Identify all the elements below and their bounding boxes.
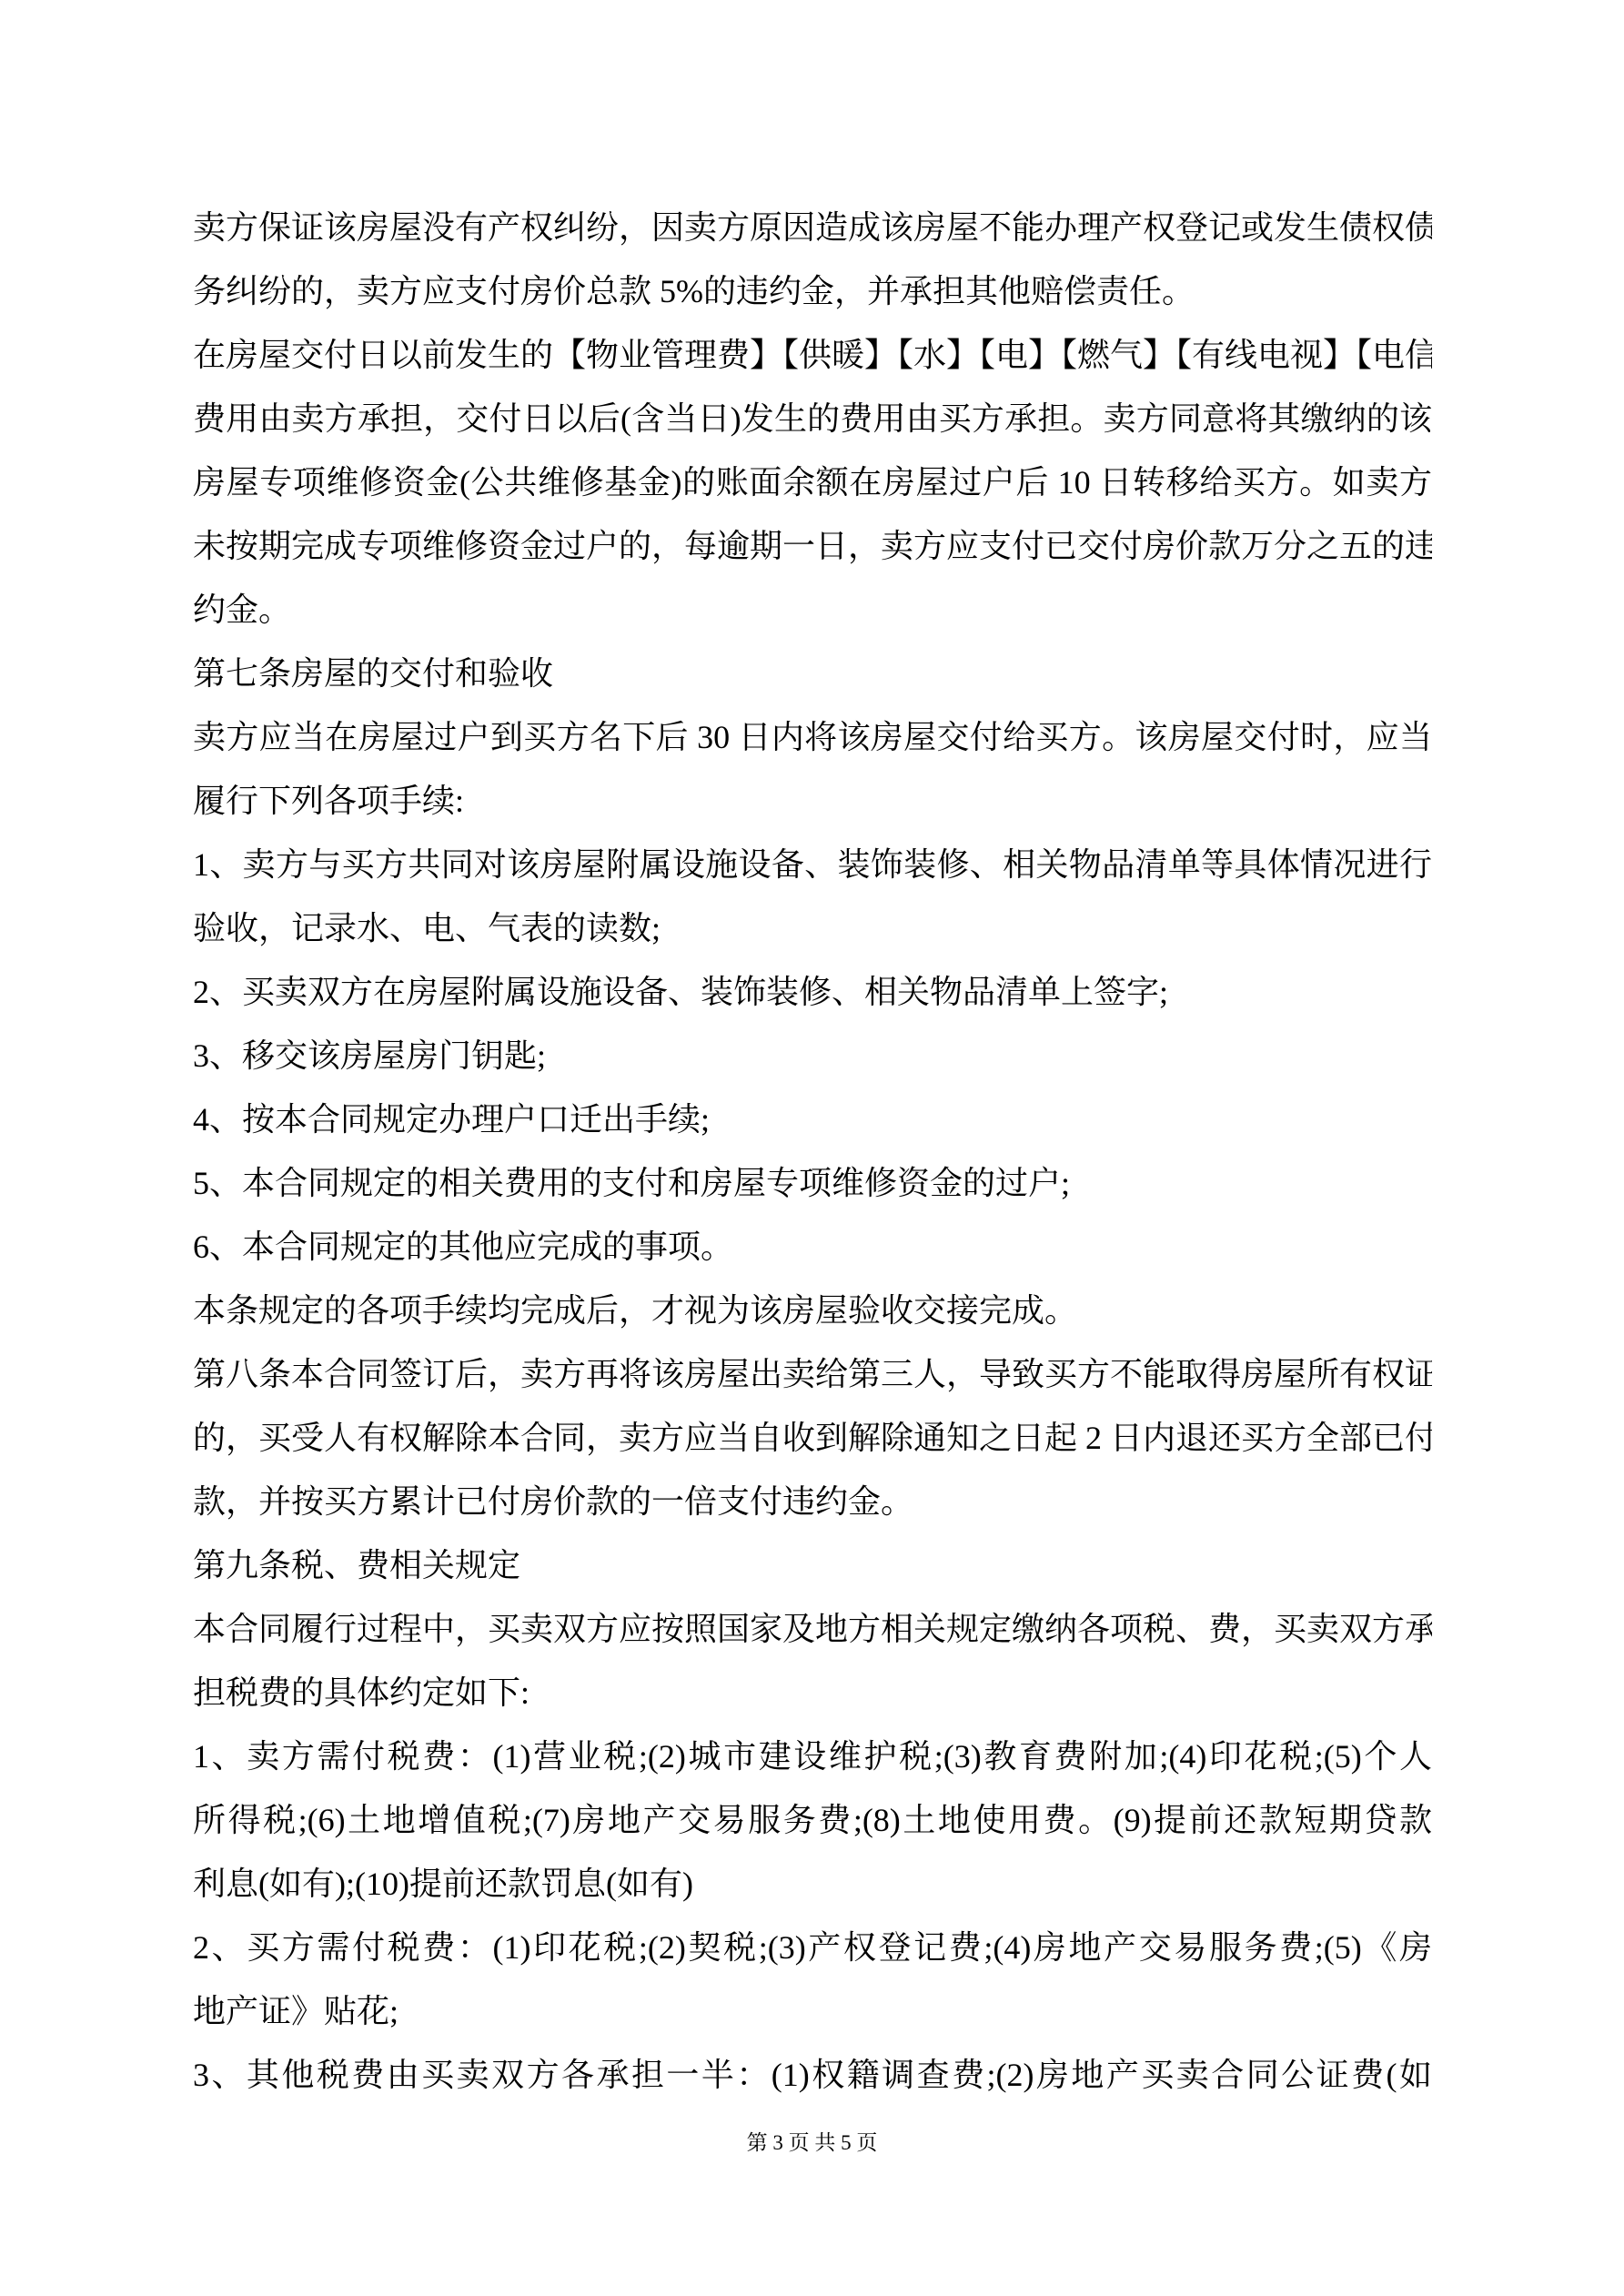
- text-line: 务纠纷的，卖方应支付房价总款 5%的违约金，并承担其他赔偿责任。: [193, 259, 1432, 323]
- text-line: 担税费的具体约定如下:: [193, 1661, 1432, 1725]
- list-item: 2、买卖双方在房屋附属设施设备、装饰装修、相关物品清单上签字;: [193, 960, 1432, 1024]
- list-item: 1、卖方需付税费：(1)营业税;(2)城市建设维护税;(3)教育费附加;(4)印…: [193, 1725, 1432, 1788]
- text-line: 本条规定的各项手续均完成后，才视为该房屋验收交接完成。: [193, 1279, 1432, 1342]
- text-line: 房屋专项维修资金(公共维修基金)的账面余额在房屋过户后 10 日转移给买方。如卖…: [193, 450, 1432, 514]
- list-item: 5、本合同规定的相关费用的支付和房屋专项维修资金的过户;: [193, 1151, 1432, 1215]
- text-line: 款，并按买方累计已付房价款的一倍支付违约金。: [193, 1470, 1432, 1533]
- clause-heading: 第八条本合同签订后，卖方再将该房屋出卖给第三人，导致买方不能取得房屋所有权证: [193, 1342, 1432, 1406]
- list-item: 3、移交该房屋房门钥匙;: [193, 1024, 1432, 1087]
- text-line: 卖方应当在房屋过户到买方名下后 30 日内将该房屋交付给买方。该房屋交付时，应当: [193, 705, 1432, 769]
- list-item: 2、买方需付税费：(1)印花税;(2)契税;(3)产权登记费;(4)房地产交易服…: [193, 1916, 1432, 1979]
- clause-heading: 第七条房屋的交付和验收: [193, 642, 1432, 705]
- text-line: 所得税;(6)土地增值税;(7)房地产交易服务费;(8)土地使用费。(9)提前还…: [193, 1788, 1432, 1852]
- document-body: 卖方保证该房屋没有产权纠纷，因卖方原因造成该房屋不能办理产权登记或发生债权债 务…: [193, 196, 1432, 2107]
- text-line: 地产证》贴花;: [193, 1979, 1432, 2043]
- list-item: 4、按本合同规定办理户口迁出手续;: [193, 1087, 1432, 1151]
- text-line: 本合同履行过程中，买卖双方应按照国家及地方相关规定缴纳各项税、费，买卖双方承: [193, 1597, 1432, 1661]
- text-line: 验收，记录水、电、气表的读数;: [193, 896, 1432, 960]
- list-item: 6、本合同规定的其他应完成的事项。: [193, 1215, 1432, 1279]
- text-line: 费用由卖方承担，交付日以后(含当日)发生的费用由买方承担。卖方同意将其缴纳的该: [193, 387, 1432, 450]
- text-line: 未按期完成专项维修资金过户的，每逾期一日，卖方应支付已交付房价款万分之五的违: [193, 514, 1432, 578]
- text-line: 的，买受人有权解除本合同，卖方应当自收到解除通知之日起 2 日内退还买方全部已付: [193, 1406, 1432, 1470]
- list-item: 3、其他税费由买卖双方各承担一半：(1)权籍调查费;(2)房地产买卖合同公证费(…: [193, 2043, 1432, 2107]
- text-line: 履行下列各项手续:: [193, 769, 1432, 833]
- text-line: 利息(如有);(10)提前还款罚息(如有): [193, 1852, 1432, 1916]
- contract-page: 卖方保证该房屋没有产权纠纷，因卖方原因造成该房屋不能办理产权登记或发生债权债 务…: [0, 0, 1624, 2296]
- text-line: 约金。: [193, 578, 1432, 642]
- page-footer: 第 3 页 共 5 页: [0, 2128, 1624, 2159]
- text-line: 卖方保证该房屋没有产权纠纷，因卖方原因造成该房屋不能办理产权登记或发生债权债: [193, 196, 1432, 259]
- list-item: 1、卖方与买方共同对该房屋附属设施设备、装饰装修、相关物品清单等具体情况进行: [193, 833, 1432, 896]
- text-line: 在房屋交付日以前发生的【物业管理费】【供暖】【水】【电】【燃气】【有线电视】【电…: [193, 323, 1432, 387]
- clause-heading: 第九条税、费相关规定: [193, 1533, 1432, 1597]
